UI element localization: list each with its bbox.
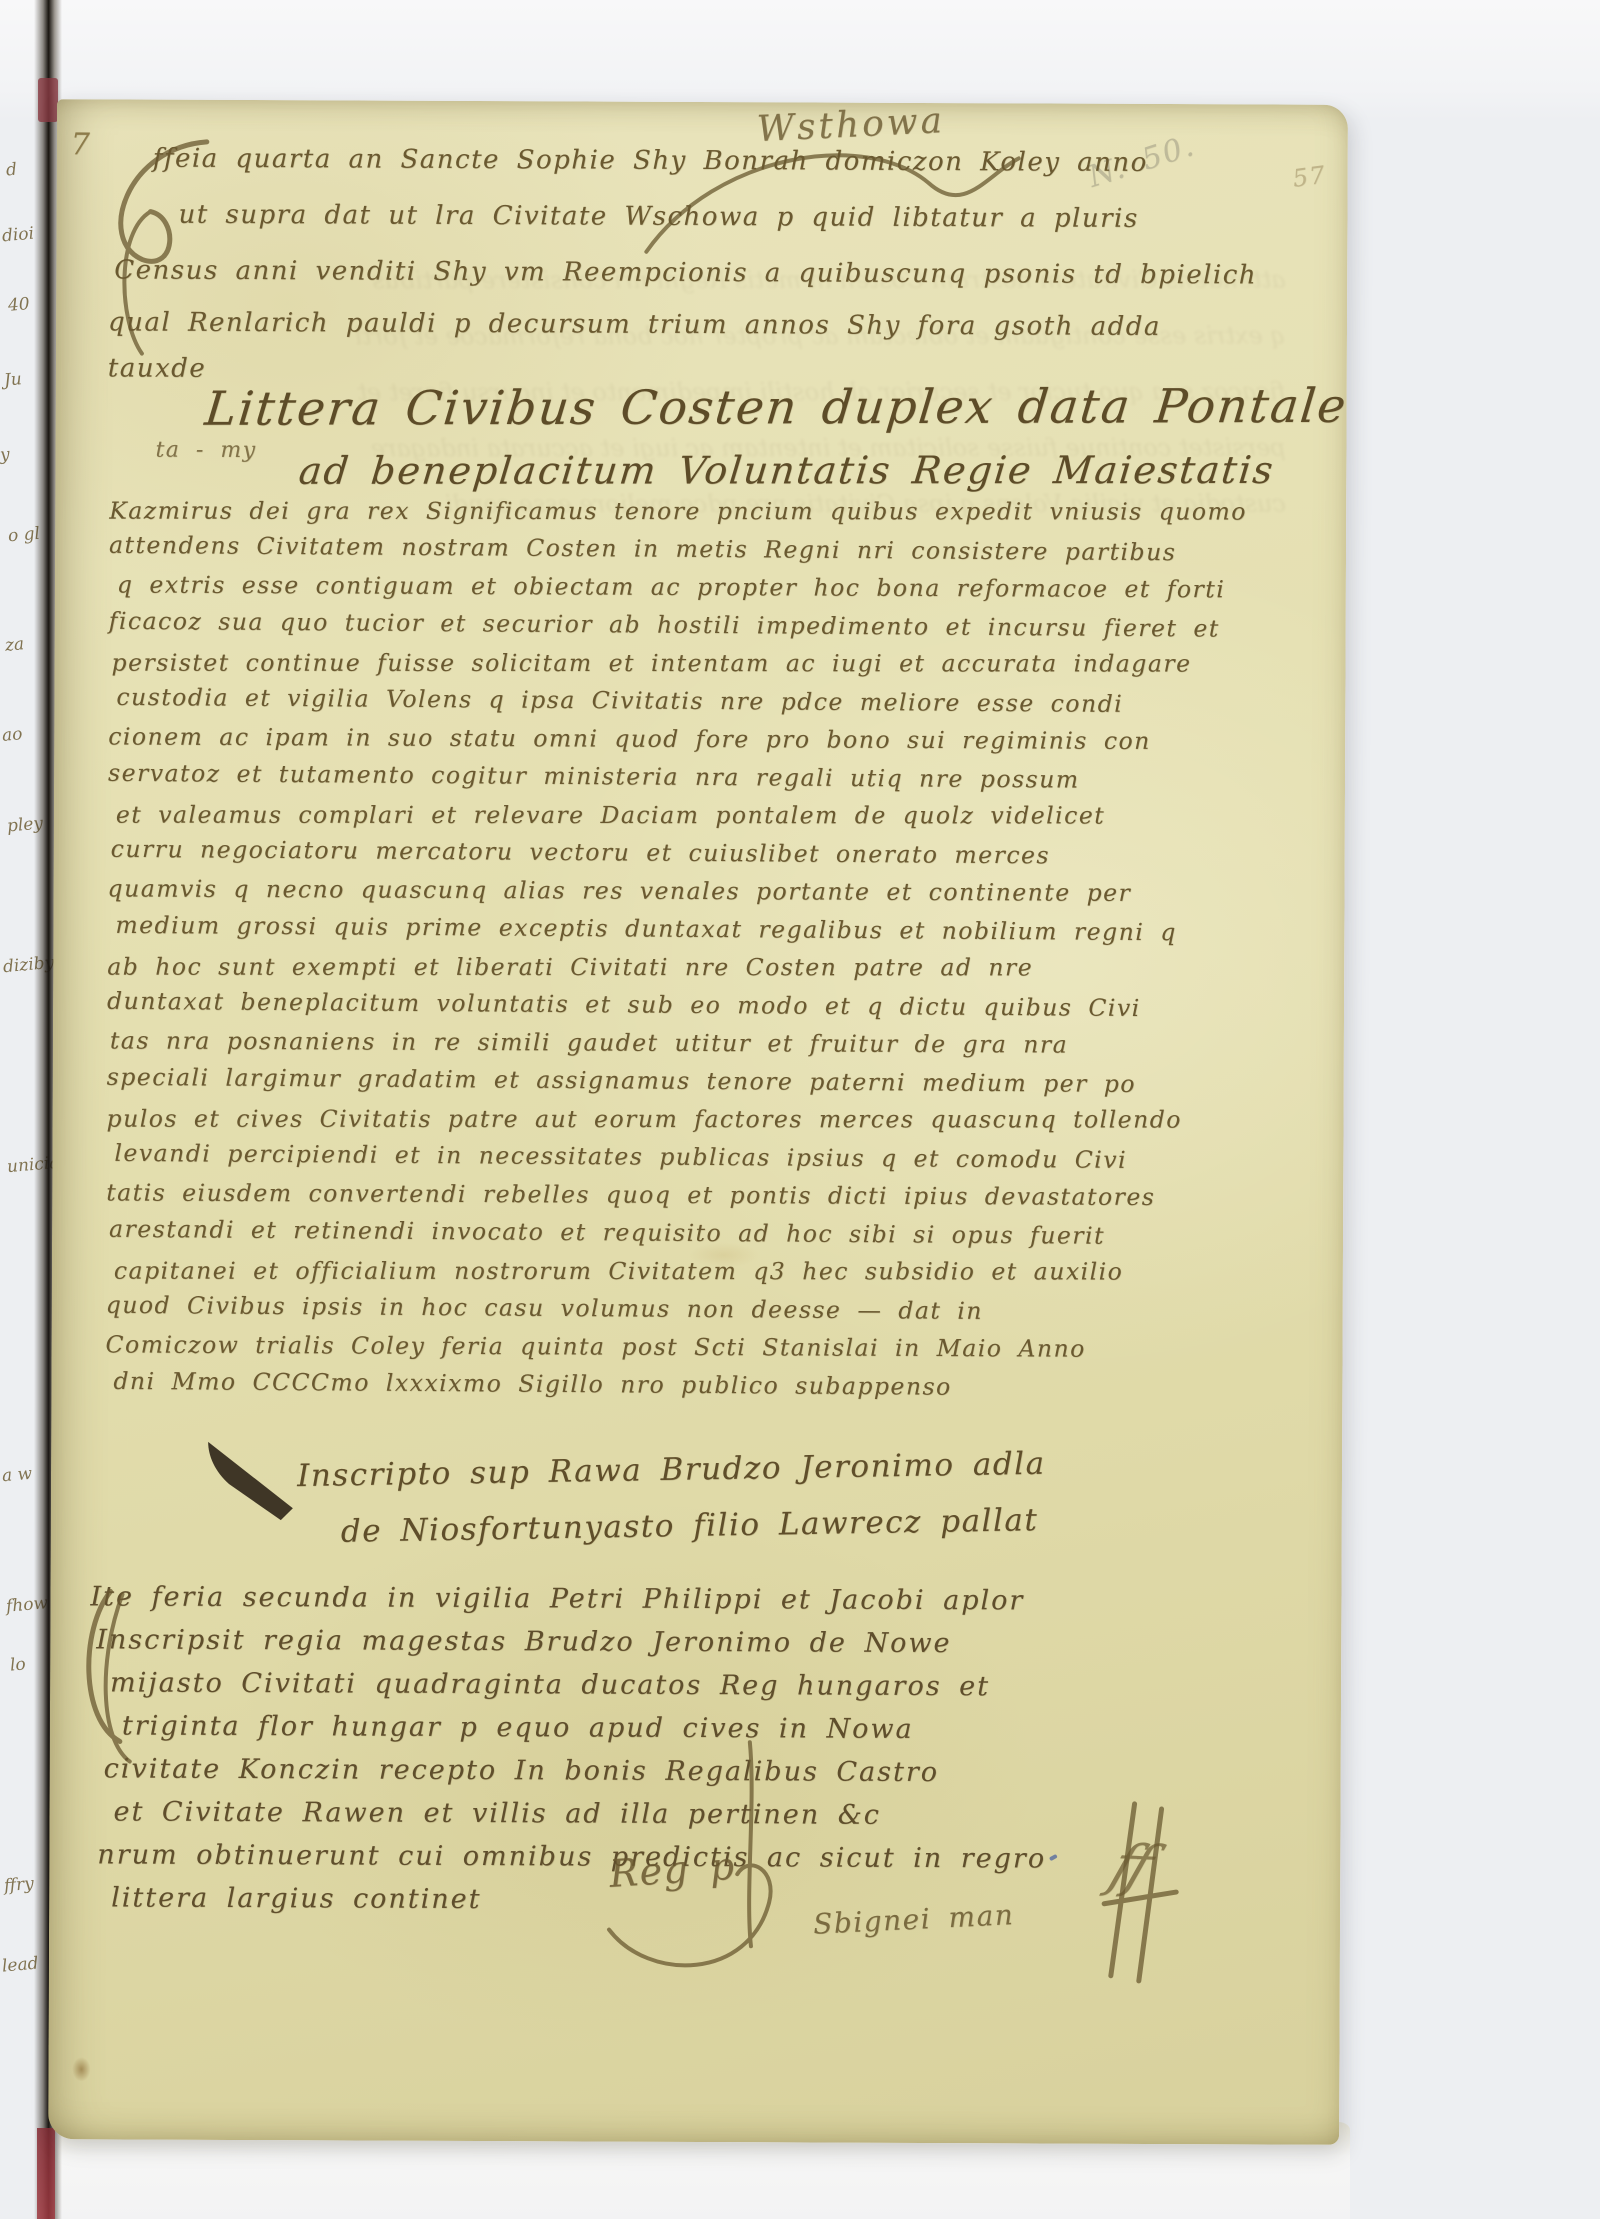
smudge-stain xyxy=(689,1242,759,1268)
gutter-text-fragment: y xyxy=(0,445,10,466)
entry2-line: Inscripsit regia magestas Brudzo Jeronim… xyxy=(96,1624,951,1659)
binding-red-thread-top xyxy=(38,78,58,122)
ink-stain xyxy=(72,2057,90,2081)
entry2-line: nrum obtinuerunt cui omnibus predictis a… xyxy=(97,1839,1046,1874)
gutter-text-fragment: ffry xyxy=(3,1874,34,1897)
charter-body: Kazmirus dei gra rex Significamus tenore… xyxy=(105,489,1346,1406)
inscription-line: de Niosfortunyasto filio Lawrecz pallat xyxy=(341,1502,1039,1550)
scribe-signature: Sbignei man xyxy=(812,1898,1015,1941)
signature-flourish-mark: ff xyxy=(1102,1833,1159,1899)
body-line: ficacoz sua quo tucior et securior ab ho… xyxy=(109,602,1346,649)
entry1-line: qual Renlarich pauldi p decursum trium a… xyxy=(108,307,1161,342)
entry2-initial-stroke-a xyxy=(88,1591,120,1741)
gutter-text-fragment: dioi xyxy=(1,224,35,247)
entry1-catchword: tauxde xyxy=(108,353,207,383)
gutter-text-fragment: d xyxy=(5,160,18,181)
body-line: servatoz et tutamento cogitur ministeria… xyxy=(108,754,1345,801)
gutter-text-fragment: lo xyxy=(9,1654,26,1675)
body-line: speciali largimur gradatim et assignamus… xyxy=(107,1058,1344,1105)
gutter-text-fragment: ao xyxy=(1,724,23,746)
body-line: dni Mmo CCCCmo lxxxixmo Sigillo nro publ… xyxy=(113,1362,1342,1409)
gutter-text-fragment: a w xyxy=(1,1464,33,1487)
entry1-line: ut supra dat ut lra Civitate Wschowa p q… xyxy=(178,200,1138,234)
entry2-line: Ite feria secunda in vigilia Petri Phili… xyxy=(90,1581,1024,1616)
gutter-text-fragment: Ju xyxy=(3,369,22,390)
entry2-line: mijasto Civitati quadraginta ducatos Reg… xyxy=(110,1667,990,1702)
body-line: medium grossi quis prime exceptis duntax… xyxy=(115,906,1344,953)
folio-number-right: 57 xyxy=(1291,161,1328,193)
inscription-line: Inscripto sup Rawa Brudzo Jeronimo adla xyxy=(297,1446,1046,1494)
entry1-line: Census anni venditi Shy vm Reempcionis a… xyxy=(114,255,1257,290)
body-line: et valeamus complari et relevare Daciam … xyxy=(116,796,1345,835)
body-line: Kazmirus dei gra rex Significamus tenore… xyxy=(109,492,1346,531)
inscription-arrow-mark xyxy=(208,1442,293,1520)
body-line: pulos et cives Civitatis patre aut eorum… xyxy=(107,1100,1344,1139)
heading-line-2: ad beneplacitum Voluntatis Regie Maiesta… xyxy=(297,448,1277,493)
body-line: ab hoc sunt exempti et liberati Civitati… xyxy=(107,948,1344,987)
manuscript-scan: d dioi 40 Ju y o gl za ao pley diziby un… xyxy=(0,0,1600,2219)
gutter-text-fragment: 40 xyxy=(7,294,30,316)
entry2-line: triginta flor hungar p equo apud cives i… xyxy=(122,1710,914,1744)
binding-red-thread-bottom xyxy=(37,2128,55,2219)
facing-page-edge: d dioi 40 Ju y o gl za ao pley diziby un… xyxy=(0,108,38,2160)
entry2-line: et Civitate Rawen et villis ad illa pert… xyxy=(113,1796,881,1830)
registration-mark: Reg p xyxy=(608,1844,737,1896)
heading-line-1: Littera Civibus Costen duplex data Ponta… xyxy=(202,379,1350,437)
gutter-text-fragment: za xyxy=(4,634,25,656)
header-place-word: Wsthowa xyxy=(756,100,946,150)
body-line: persistet continue fuisse solicitam et i… xyxy=(112,644,1346,683)
entry2-line: civitate Konczin recepto In bonis Regali… xyxy=(104,1753,939,1788)
heading-margin-note: ta - my xyxy=(155,438,256,463)
blue-ink-speck xyxy=(1049,1854,1058,1861)
folio-number-left: 7 xyxy=(71,127,92,162)
entry2-line: littera largius continet xyxy=(111,1882,482,1915)
manuscript-page: attendens Civitatem nostram Costen in me… xyxy=(48,99,1348,2145)
entry1-line: ffeia quarta an Sancte Sophie Shy Bonrah… xyxy=(153,144,1148,178)
